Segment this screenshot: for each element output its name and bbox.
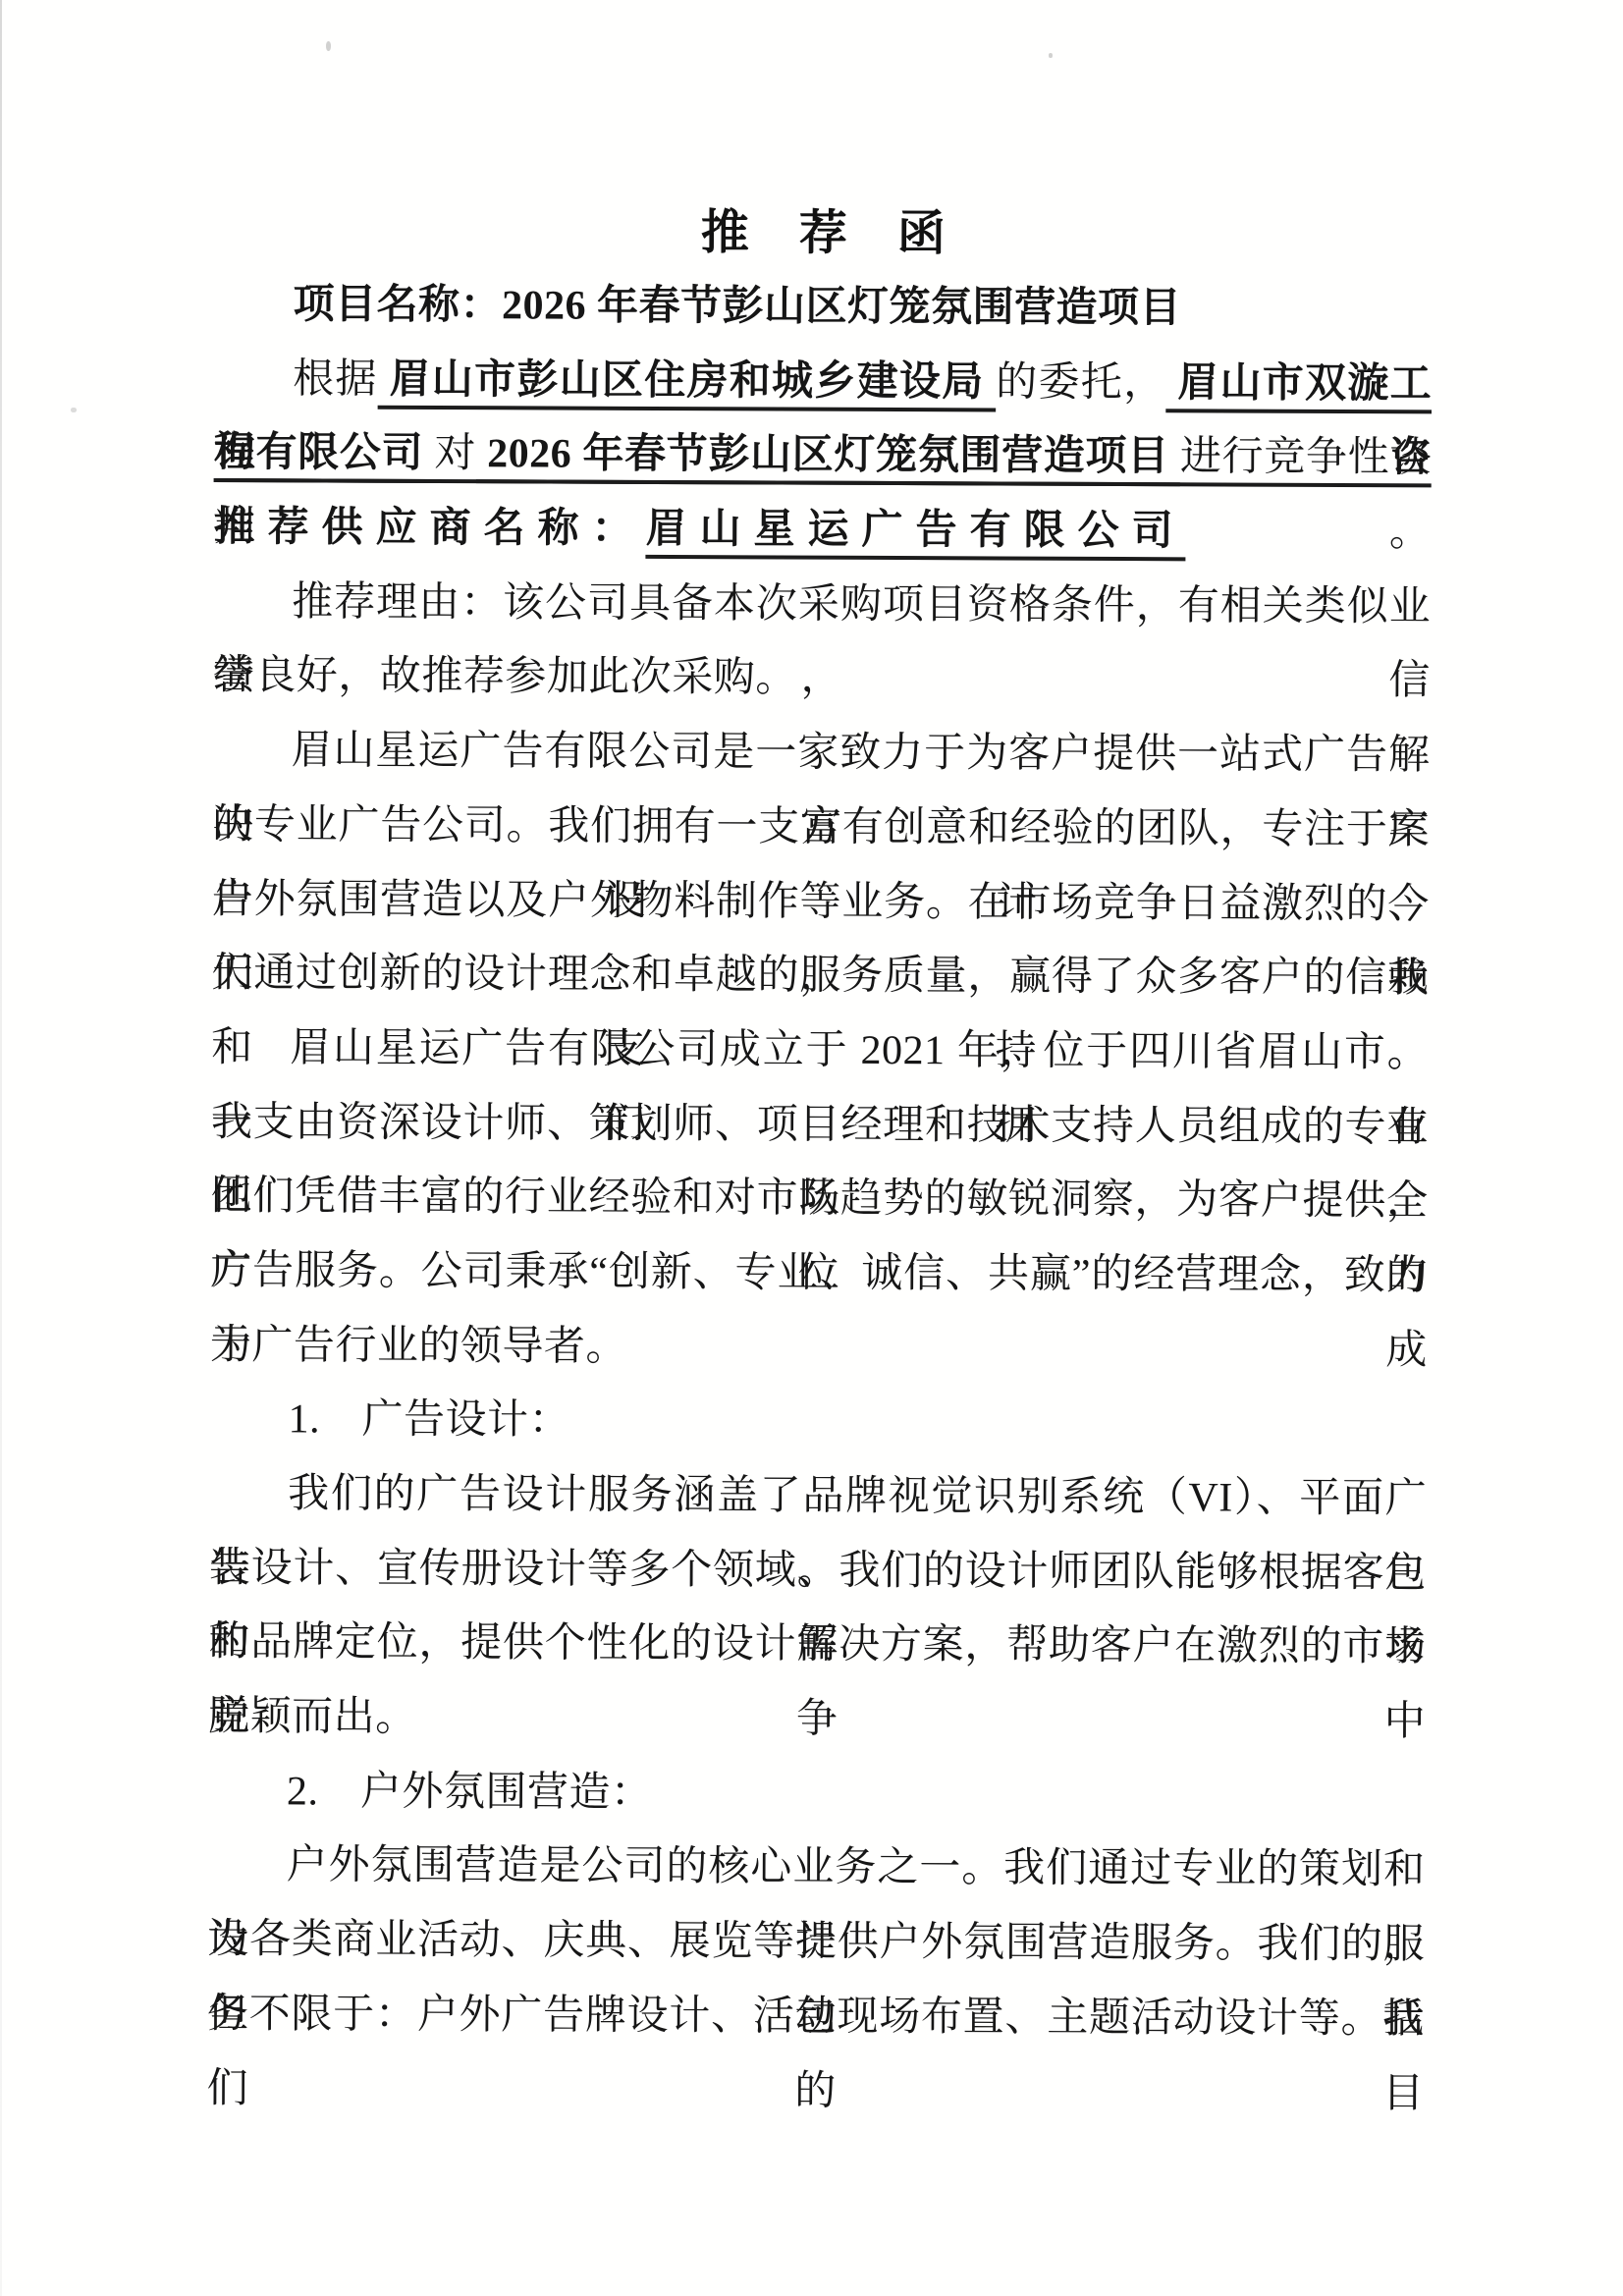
document-body: 项目名称：2026 年春节彭山区灯笼氛围营造项目根据 眉山市彭山区住房和城乡建设… [207, 268, 1433, 2057]
document-line: 询有限公司 对 2026 年春节彭山区灯笼氛围营造项目 进行竞争性谈判。 [214, 416, 1432, 496]
underlined-text: 眉山市彭山区住房和城乡建设局 [378, 356, 997, 405]
document-line: 1. 广告设计： [209, 1383, 1427, 1462]
text-segment: 对 [434, 431, 476, 476]
underlined-text: 2026 年春节彭山区灯笼氛围营造项目 [476, 432, 1180, 480]
text-segment: 根据 [293, 356, 378, 402]
document-page: 推 荐 函 项目名称：2026 年春节彭山区灯笼氛围营造项目根据 眉山市彭山区住… [0, 0, 1623, 2296]
document-line: 项目名称：2026 年春节彭山区灯笼氛围营造项目 [214, 268, 1432, 348]
scan-speck [71, 408, 77, 412]
text-segment: 脱颖而出。 [208, 1694, 417, 1740]
document-line: 一支由资深设计师、策划师、项目经理和技术支持人员组成的专业团队， [211, 1086, 1429, 1166]
underlined-text: 询有限公司 [214, 430, 435, 476]
text-segment: 推荐供应商名称： [213, 505, 645, 552]
document-line: 他们凭借丰富的行业经验和对市场趋势的敏锐洞察，为客户提供全方位的 [210, 1160, 1428, 1239]
underlined-text: 眉山星运广告有限公司 [645, 507, 1185, 554]
text-segment: 但不限于：户外广告牌设计、活动现场布置、主题活动设计等。我们的目 [206, 1992, 1425, 2116]
document-line: 为各类商业活动、庆典、展览等提供户外氛围营造服务。我们的服务包括 [207, 1903, 1425, 1983]
document-line: 户外氛围营造以及户外物料制作等业务。在市场竞争日益激烈的今天，我 [212, 862, 1430, 942]
document-line: 们通过创新的设计理念和卓越的服务质量，赢得了众多客户的信赖和支持。 [211, 937, 1429, 1016]
text-segment: 2. 户外氛围营造： [287, 1769, 653, 1816]
document-line: 2. 户外氛围营造： [208, 1755, 1426, 1834]
text-segment: 1. 广告设计： [288, 1397, 570, 1444]
document-line: 眉山星运广告有限公司成立于 2021 年，位于四川省眉山市。我们拥有 [211, 1011, 1429, 1091]
document-content: 推 荐 函 项目名称：2026 年春节彭山区灯笼氛围营造项目根据 眉山市彭山区住… [207, 193, 1433, 2057]
document-line: 户外氛围营造是公司的核心业务之一。我们通过专业的策划和设计， [207, 1829, 1425, 1908]
document-line: 我们的广告设计服务涵盖了品牌视觉识别系统（VI）、平面广告、包 [209, 1457, 1427, 1537]
scan-edge-artifact [0, 0, 2, 2296]
scan-speck [1049, 53, 1053, 58]
document-line: 眉山星运广告有限公司是一家致力于为客户提供一站式广告解决方案 [212, 714, 1430, 793]
document-line: 的专业广告公司。我们拥有一支富有创意和经验的团队，专注于广告设计、 [212, 789, 1430, 868]
scan-speck [326, 41, 331, 51]
document-line: 根据 眉山市彭山区住房和城乡建设局 的委托， 眉山市双漩工程咨 [214, 343, 1432, 422]
document-line: 但不限于：户外广告牌设计、活动现场布置、主题活动设计等。我们的目 [207, 1978, 1425, 2057]
text-segment: 项目名称：2026 年春节彭山区灯笼氛围营造项目 [293, 282, 1181, 331]
document-line: 推荐理由：该公司具备本次采购项目资格条件，有相关类似业绩，信 [213, 566, 1431, 645]
document-line: 广告服务。公司秉承“创新、专业、诚信、共赢”的经营理念，致力于成 [210, 1234, 1428, 1314]
text-segment: 的委托， [996, 359, 1165, 406]
text-segment: 誉良好，故推荐参加此次采购。 [213, 653, 797, 701]
document-title: 推 荐 函 [215, 193, 1433, 273]
document-line: 和品牌定位，提供个性化的设计解决方案，帮助客户在激烈的市场竞争中 [208, 1606, 1426, 1685]
document-line: 装设计、宣传册设计等多个领域。我们的设计师团队能够根据客户的需求 [209, 1532, 1427, 1612]
text-segment: 为广告行业的领导者。 [210, 1323, 627, 1370]
